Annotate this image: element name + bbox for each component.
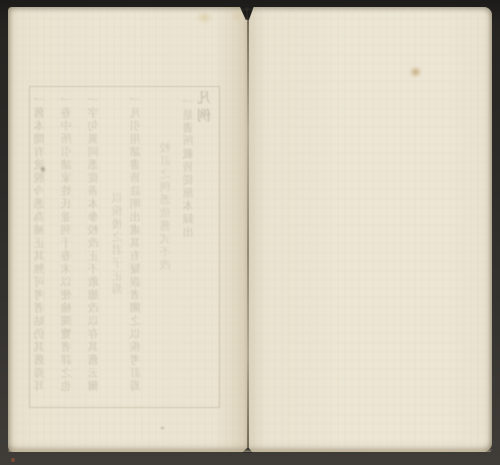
page-spread: 凡例 一是書所載皆從原本録出 校訂之例悉依舊式不改 一凡引用諸書皆註明出處其有疑… [8, 7, 492, 452]
gutter-shadow-left [213, 7, 247, 452]
page-bottom-edge-highlight [8, 449, 492, 452]
showthrough-column: 一舊本閒有訛脱今悉為補正其無可考者姑仍其舊焉耳 [34, 94, 49, 406]
center-fold-line [247, 7, 249, 452]
showthrough-column: 一凡引用諸書皆註明出處其有疑誤者闕之以俟考訂焉 [130, 94, 145, 408]
showthrough-column: 以俟後之君子正焉 [112, 192, 127, 404]
showthrough-column: 一字句異同悉從善本參校改正不敢臆改以存其舊云爾 [88, 94, 103, 408]
showthrough-column: 一是書所載皆從原本録出 [183, 96, 198, 266]
showthrough-column: 校訂之例悉依舊式不改 [160, 142, 175, 344]
gutter-shadow-right [248, 7, 270, 452]
right-page [248, 7, 492, 452]
showthrough-column: 一卷中所引諸家姓氏並列于卷末以便檢閱覽者詳之也 [61, 94, 76, 408]
book-scan: 凡例 一是書所載皆從原本録出 校訂之例悉依舊式不改 一凡引用諸書皆註明出處其有疑… [0, 0, 500, 465]
